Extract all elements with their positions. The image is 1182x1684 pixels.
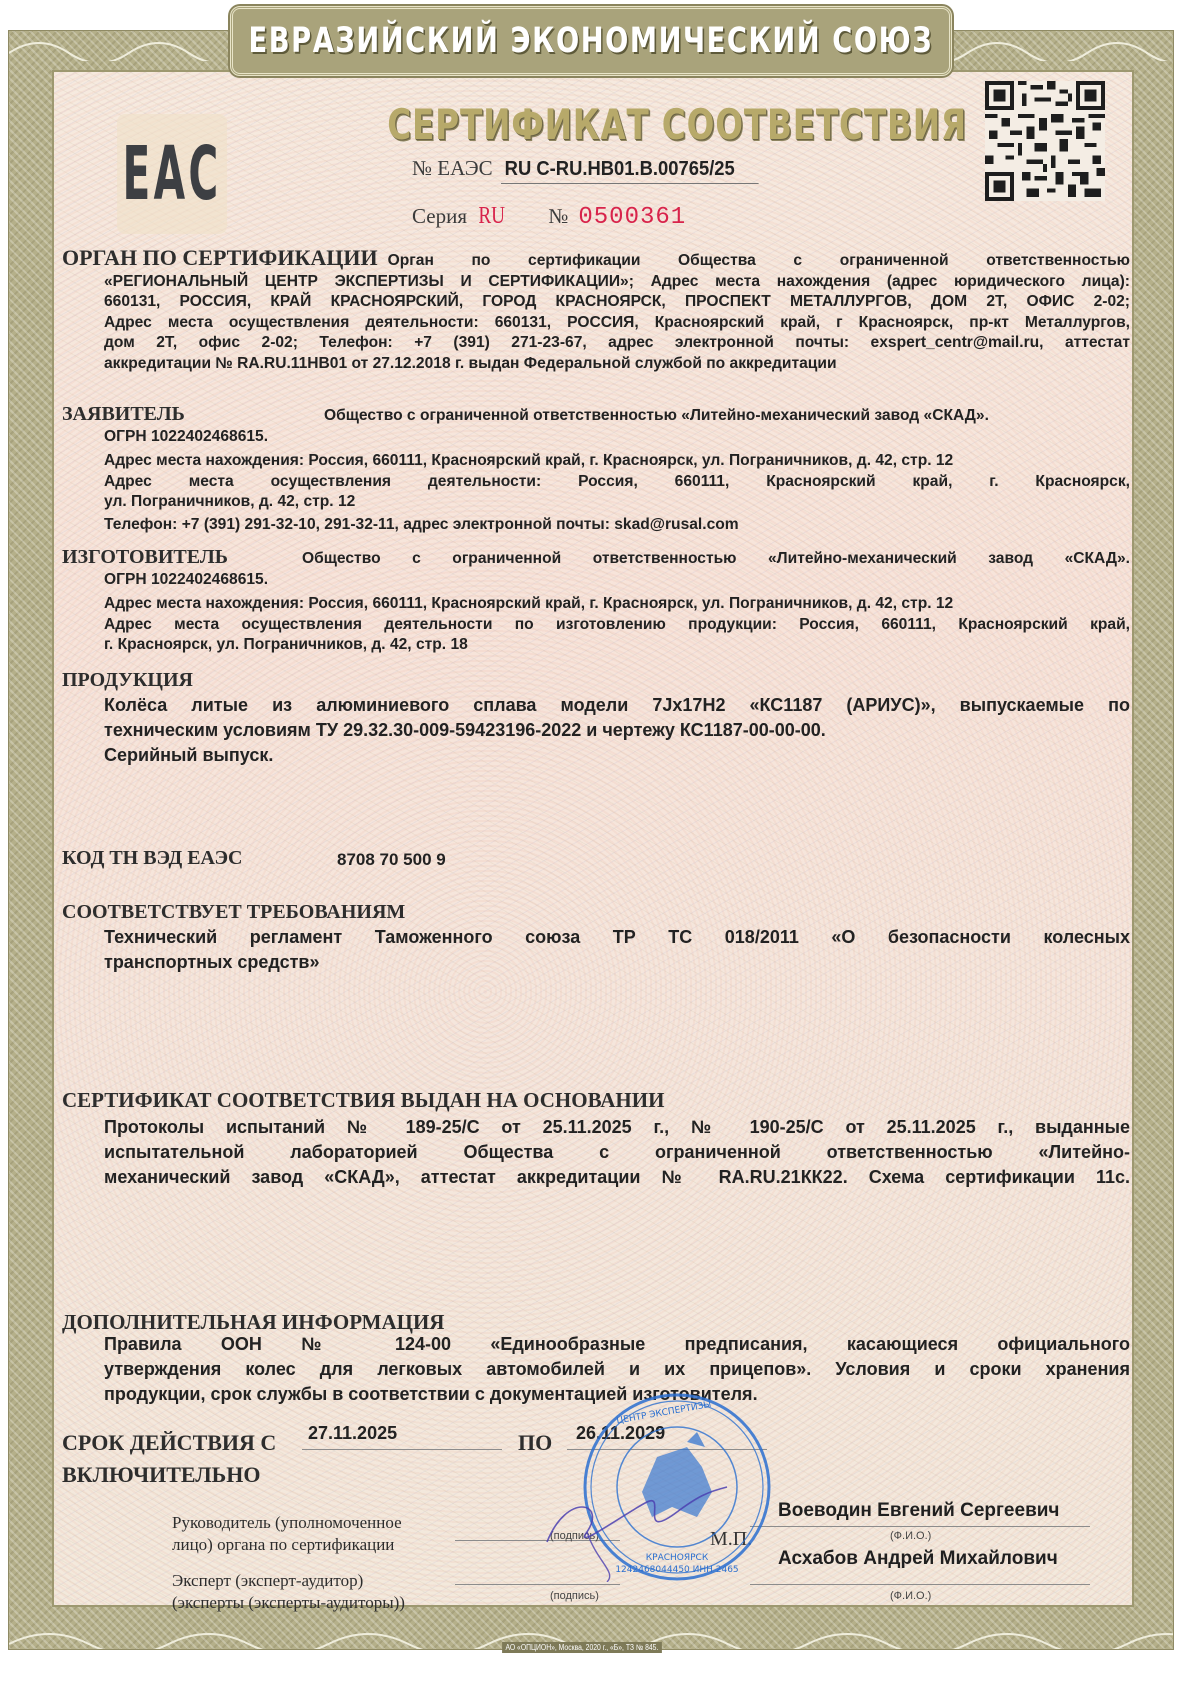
certificate-number-row: № ЕАЭС RU C-RU.HB01.B.00765/25 xyxy=(412,156,781,184)
manufacturer-section: ИЗГОТОВИТЕЛЬ Общество с ограниченной отв… xyxy=(62,547,1130,656)
expert-fio-line xyxy=(750,1584,1090,1585)
hs-code-value: 8708 70 500 9 xyxy=(337,850,446,871)
additional-info-line-2: утверждения колес для легковых автомобил… xyxy=(104,1357,1130,1382)
requirements-line-2: транспортных средств» xyxy=(104,950,1130,975)
series-value: RU xyxy=(478,203,505,230)
applicant-legal-address: Адрес места нахождения: Россия, 660111, … xyxy=(104,451,1130,472)
eac-logo: EAC xyxy=(117,114,227,234)
svg-text:1242468044450 ИНН 2465: 1242468044450 ИНН 2465 xyxy=(615,1565,738,1575)
printer-mark: АО «ОПЦИОН», Москва, 2020 г., «Б», ТЗ № … xyxy=(502,1642,662,1653)
certification-body-label: ОРГАН ПО СЕРТИФИКАЦИИ xyxy=(62,248,378,269)
union-header-band: ЕВРАЗИЙСКИЙ ЭКОНОМИЧЕСКИЙ СОЮЗ xyxy=(230,6,952,76)
manufacturer-ogrn: ОГРН 1022402468615. xyxy=(104,570,1130,591)
form-number-label: № xyxy=(548,204,568,229)
manufacturer-legal-address: Адрес места нахождения: Россия, 660111, … xyxy=(104,594,1130,615)
expert-signature-caption: (подпись) xyxy=(550,1590,599,1602)
product-section: ПРОДУКЦИЯ Колёса литые из алюминиевого с… xyxy=(62,668,1130,768)
product-line-2: техническим условиям ТУ 29.32.30-009-594… xyxy=(104,718,1130,743)
expert-label-line-2: (эксперты (эксперты-аудиторы)) xyxy=(172,1592,405,1614)
certification-body-line-6: аккредитации № RA.RU.11НВ01 от 27.12.201… xyxy=(104,354,1130,375)
number-label: № ЕАЭС xyxy=(412,156,493,181)
head-name[interactable]: Воеводин Евгений Сергеевич xyxy=(778,1500,1059,1522)
validity-from-label: СРОК ДЕЙСТВИЯ С xyxy=(62,1433,276,1454)
expert-name[interactable]: Асхабов Андрей Михайлович xyxy=(778,1548,1058,1570)
hs-code-label: КОД ТН ВЭД ЕАЭС xyxy=(62,847,243,869)
certification-body-line-1: Орган по сертификации Общества с огранич… xyxy=(388,251,1130,272)
product-line-1: Колёса литые из алюминиевого сплава моде… xyxy=(104,693,1130,718)
applicant-ogrn: ОГРН 1022402468615. xyxy=(104,427,1130,448)
product-line-3: Серийный выпуск. xyxy=(104,743,1130,768)
product-label: ПРОДУКЦИЯ xyxy=(62,668,1130,693)
certification-body-section: ОРГАН ПО СЕРТИФИКАЦИИ Орган по сертифика… xyxy=(62,248,1130,374)
head-label-line-2: лицо) органа по сертификации xyxy=(172,1534,394,1556)
qr-code-icon[interactable] xyxy=(985,76,1105,206)
basis-line-2: испытательной лабораторией Общества с ог… xyxy=(104,1140,1130,1165)
additional-info-label: ДОПОЛНИТЕЛЬНАЯ ИНФОРМАЦИЯ xyxy=(62,1312,1130,1332)
official-stamp-icon: ЦЕНТР ЭКСПЕРТИЗЫ 1242468044450 ИНН 2465 … xyxy=(527,1392,789,1582)
basis-line-1: Протоколы испытаний № 189-25/С от 25.11.… xyxy=(104,1115,1130,1140)
requirements-line-1: Технический регламент Таможенного союза … xyxy=(104,925,1130,950)
series-label: Серия xyxy=(412,204,467,229)
certificate-number: RU C-RU.HB01.B.00765/25 xyxy=(501,158,759,184)
manufacturer-name: Общество с ограниченной ответственностью… xyxy=(302,549,1130,570)
certification-body-line-3: 660131, РОССИЯ, КРАЙ КРАСНОЯРСКИЙ, ГОРОД… xyxy=(104,292,1130,313)
requirements-label: СООТВЕТСТВУЕТ ТРЕБОВАНИЯМ xyxy=(62,900,1130,925)
union-title: ЕВРАЗИЙСКИЙ ЭКОНОМИЧЕСКИЙ СОЮЗ xyxy=(249,21,934,61)
certification-body-line-2: «РЕГИОНАЛЬНЫЙ ЦЕНТР ЭКСПЕРТИЗЫ И СЕРТИФИ… xyxy=(104,272,1130,293)
head-fio-line xyxy=(750,1526,1090,1527)
certificate-title: СЕРТИФИКАТ СООТВЕТСТВИЯ xyxy=(387,100,793,149)
certification-body-line-4: Адрес места осуществления деятельности: … xyxy=(104,313,1130,334)
svg-text:КРАСНОЯРСК: КРАСНОЯРСК xyxy=(646,1553,709,1563)
requirements-section: СООТВЕТСТВУЕТ ТРЕБОВАНИЯМ Технический ре… xyxy=(62,900,1130,975)
head-fio-caption: (Ф.И.О.) xyxy=(890,1530,931,1542)
basis-label: СЕРТИФИКАТ СООТВЕТСТВИЯ ВЫДАН НА ОСНОВАН… xyxy=(62,1088,1130,1113)
manufacturer-production-address: Адрес места осуществления деятельности п… xyxy=(104,615,1130,636)
certification-body-line-5: дом 2Т, офис 2-02; Телефон: +7 (391) 271… xyxy=(104,333,1130,354)
applicant-activity-address-cont: ул. Пограничников, д. 42, стр. 12 xyxy=(104,492,1130,513)
form-number-value: 0500361 xyxy=(578,204,686,231)
applicant-label: ЗАЯВИТЕЛЬ xyxy=(62,404,262,425)
basis-line-3: механический завод «СКАД», аттестат аккр… xyxy=(104,1165,1130,1190)
applicant-section: ЗАЯВИТЕЛЬ Общество с ограниченной ответс… xyxy=(62,404,1130,535)
applicant-contacts: Телефон: +7 (391) 291-32-10, 291-32-11, … xyxy=(104,515,1130,536)
applicant-activity-address: Адрес места осуществления деятельности: … xyxy=(104,472,1130,493)
expert-signature-line xyxy=(455,1584,620,1585)
validity-from-underline xyxy=(302,1449,502,1450)
hs-code-section: КОД ТН ВЭД ЕАЭС 8708 70 500 9 xyxy=(62,848,1130,871)
additional-info-line-1: Правила ООН № 124-00 «Единообразные пред… xyxy=(104,1332,1130,1357)
validity-inclusive-label: ВКЛЮЧИТЕЛЬНО xyxy=(62,1465,260,1486)
expert-fio-caption: (Ф.И.О.) xyxy=(890,1590,931,1602)
series-row: Серия RU № 0500361 xyxy=(412,203,686,231)
svg-text:ЦЕНТР ЭКСПЕРТИЗЫ: ЦЕНТР ЭКСПЕРТИЗЫ xyxy=(616,1400,712,1427)
eac-mark-icon: EAC xyxy=(122,131,221,217)
head-label-line-1: Руководитель (уполномоченное xyxy=(172,1512,402,1534)
manufacturer-production-address-cont: г. Красноярск, ул. Пограничников, д. 42,… xyxy=(104,635,1130,656)
applicant-name: Общество с ограниченной ответственностью… xyxy=(324,406,989,427)
validity-date-from: 27.11.2025 xyxy=(308,1423,397,1444)
expert-label-line-1: Эксперт (эксперт-аудитор) xyxy=(172,1570,363,1592)
basis-section: СЕРТИФИКАТ СООТВЕТСТВИЯ ВЫДАН НА ОСНОВАН… xyxy=(62,1088,1130,1190)
manufacturer-label: ИЗГОТОВИТЕЛЬ xyxy=(62,547,302,568)
